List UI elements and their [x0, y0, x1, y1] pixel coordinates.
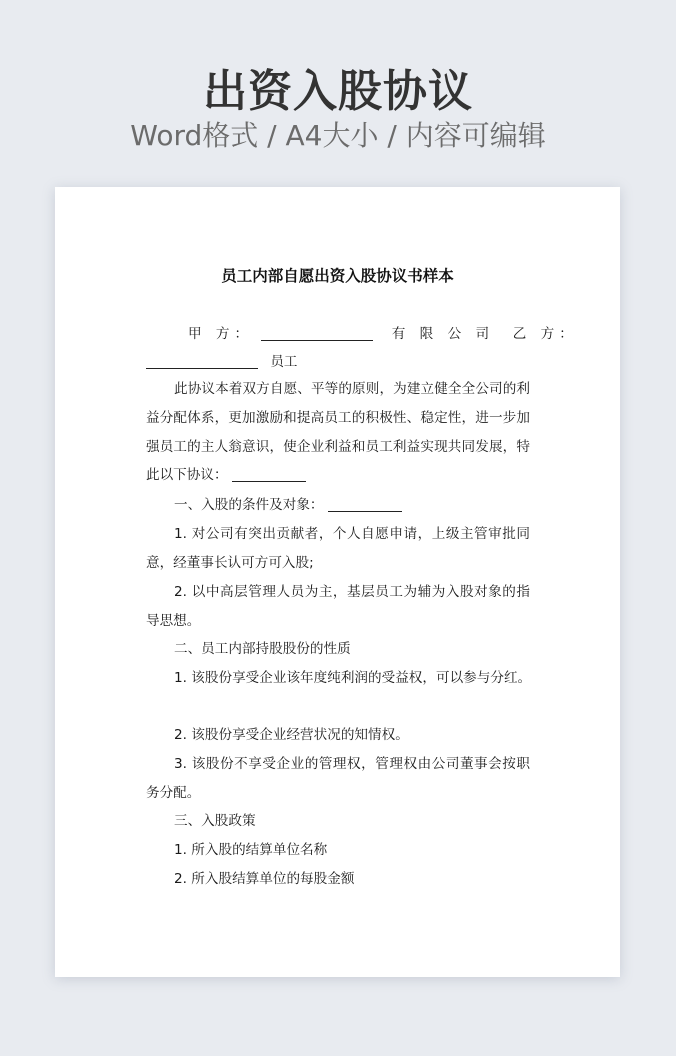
- section-2-item-2: 2. 该股份享受企业经营状况的知情权。: [146, 721, 530, 749]
- hero-subtitle: Word格式 / A4大小 / 内容可编辑: [0, 118, 676, 154]
- section-2-heading: 二、员工内部持股股份的性质: [146, 635, 530, 663]
- section-1-item-2: 2. 以中高层管理人员为主，基层员工为辅为入股对象的指导思想。: [146, 578, 530, 636]
- party-b-label: 乙 方：: [513, 326, 578, 342]
- party-line: 甲 方： 有 限 公 司 乙 方：: [146, 320, 530, 348]
- document-title: 员工内部自愿出资入股协议书样本: [55, 265, 620, 287]
- intro-text: 此协议本着双方自愿、平等的原则，为建立健全全公司的利益分配体系，更加激励和提高员…: [146, 381, 530, 483]
- section-1-blank[interactable]: [328, 498, 402, 512]
- document-page: 员工内部自愿出资入股协议书样本 甲 方： 有 限 公 司 乙 方： 员工 此协议…: [55, 187, 620, 977]
- section-1-heading: 一、入股的条件及对象：: [146, 491, 530, 519]
- section-1-heading-text: 一、入股的条件及对象：: [174, 497, 324, 513]
- section-2-item-1: 1. 该股份享受企业该年度纯利润的受益权，可以参与分红。: [146, 664, 530, 692]
- section-3-item-2: 2. 所入股结算单位的每股金额: [146, 865, 530, 893]
- party-a-blank[interactable]: [261, 327, 373, 341]
- intro-paragraph: 此协议本着双方自愿、平等的原则，为建立健全全公司的利益分配体系，更加激励和提高员…: [146, 375, 530, 490]
- section-3-item-1: 1. 所入股的结算单位名称: [146, 836, 530, 864]
- party-a-label: 甲 方：: [188, 326, 253, 342]
- section-2-item-3: 3. 该股份不享受企业的管理权，管理权由公司董事会按职务分配。: [146, 750, 530, 808]
- section-1-item-1: 1. 对公司有突出贡献者，个人自愿申请，上级主管审批同意，经董事长认可方可入股;: [146, 520, 530, 578]
- hero-title: 出资入股协议: [0, 66, 676, 118]
- section-3-heading: 三、入股政策: [146, 807, 530, 835]
- agreement-blank[interactable]: [232, 468, 306, 482]
- employee-suffix: 员工: [270, 354, 297, 370]
- employee-line: 员工: [146, 348, 530, 376]
- party-b-blank[interactable]: [146, 355, 258, 369]
- company-suffix: 有 限 公 司: [392, 326, 494, 342]
